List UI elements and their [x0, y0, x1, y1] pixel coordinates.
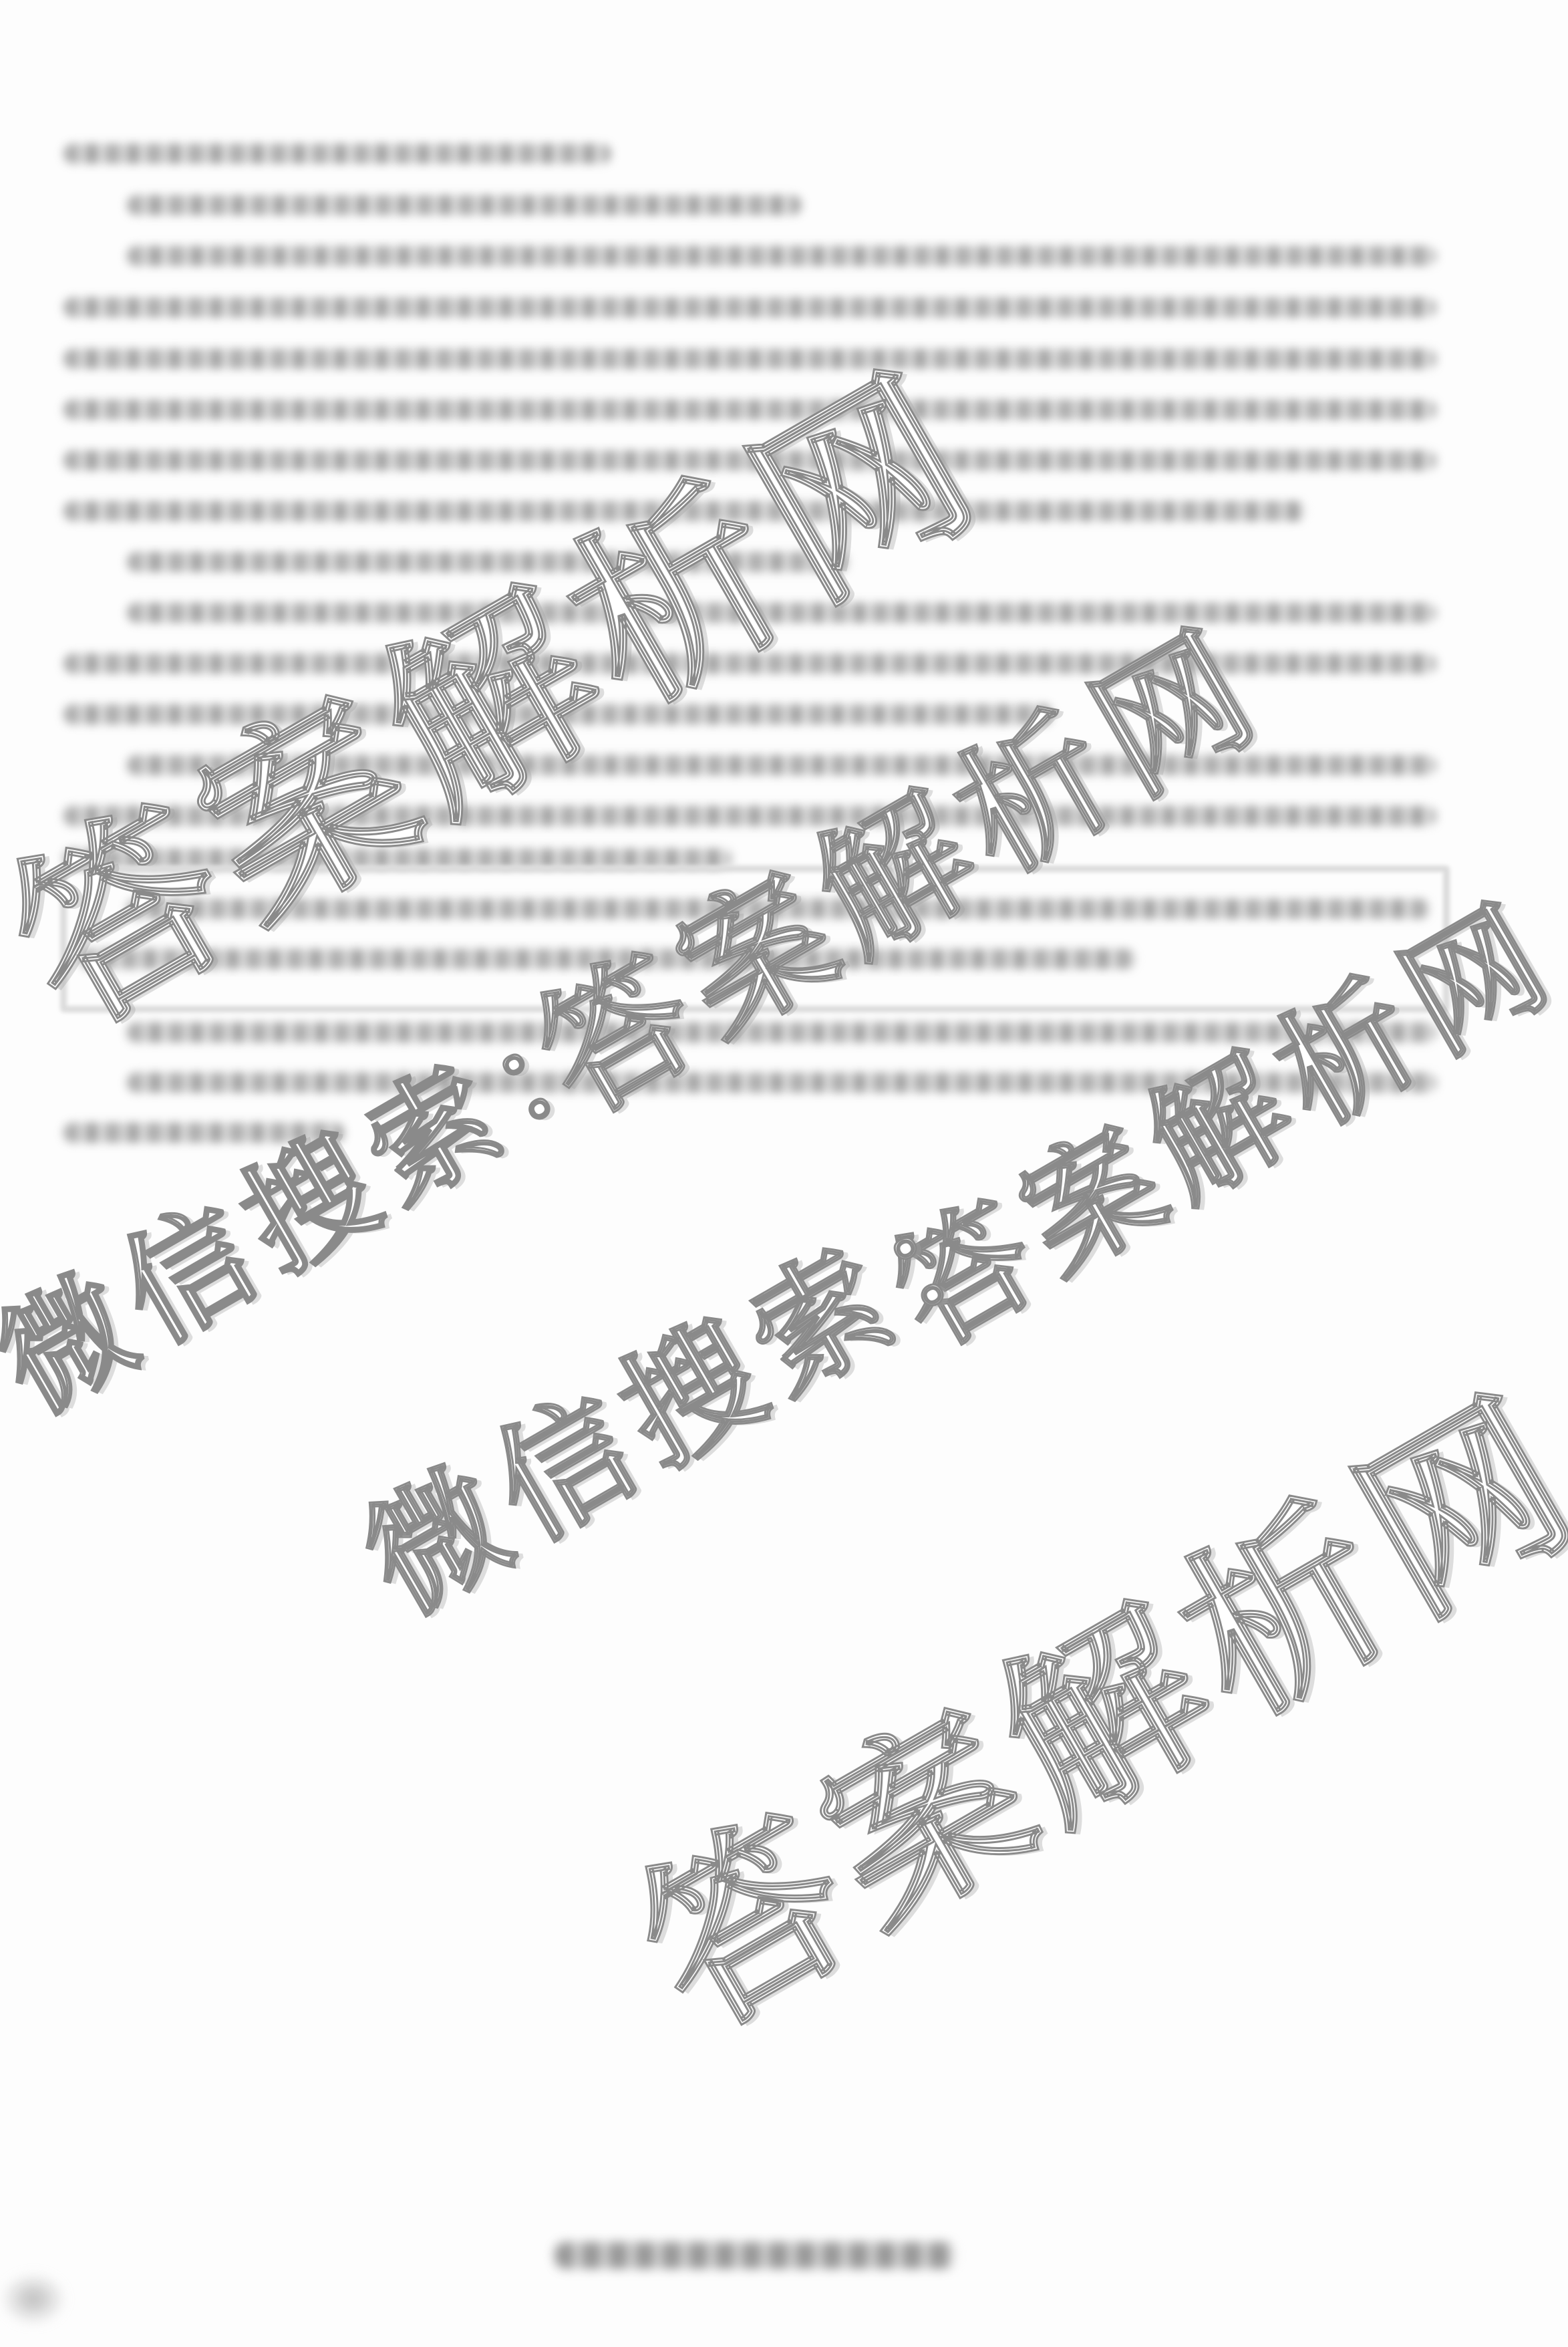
page-footer	[555, 2242, 955, 2269]
exam-page: 答案解析网 答案解析网 答案解析网 答案解析网 微信搜索： 微信搜索：	[0, 0, 1568, 2347]
question-header-line	[63, 144, 611, 164]
corner-mark	[0, 2272, 67, 2326]
material-one-heading	[127, 195, 802, 215]
text-line	[127, 246, 1436, 266]
text-line	[63, 297, 1436, 317]
text-line	[63, 349, 1436, 369]
